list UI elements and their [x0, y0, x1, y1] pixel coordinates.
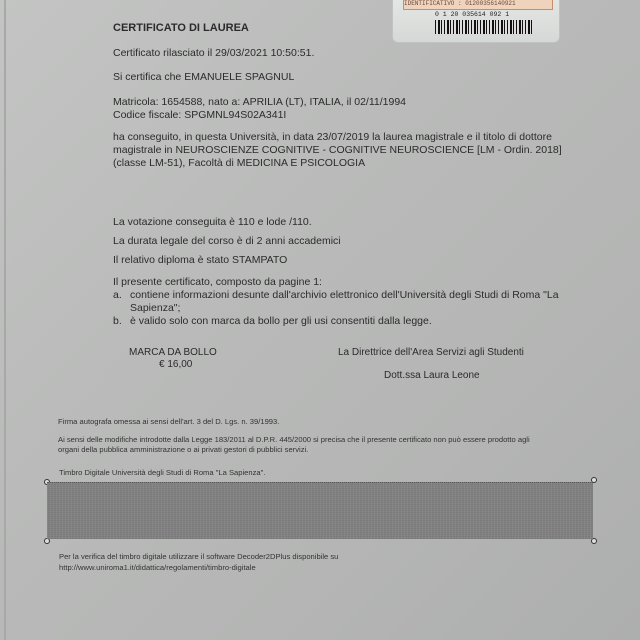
issue-date: Certificato rilasciato il 29/03/2021 10:…	[113, 47, 314, 59]
degree-line: ha conseguito, in questa Università, in …	[113, 131, 562, 144]
list-marker: b.	[113, 315, 130, 328]
marca-da-bollo-value: € 16,00	[159, 359, 192, 370]
list-text: Sapienza";	[130, 302, 559, 315]
matricola: Matricola: 1654588, nato a: APRILIA (LT)…	[113, 96, 406, 108]
pages-intro: Il presente certificato, composto da pag…	[113, 276, 322, 288]
digital-stamp-label: Timbro Digitale Università degli Studi d…	[59, 468, 265, 477]
conditions-list: a. contiene informazioni desunte dall'ar…	[113, 289, 559, 328]
codice-fiscale: Codice fiscale: SPGMNL94S02A341I	[113, 109, 286, 121]
marca-da-bollo-label: MARCA DA BOLLO	[129, 347, 217, 358]
verification-note: Per la verifica del timbro digitale util…	[59, 551, 338, 573]
law-note-line: organi della pubblica amministrazione o …	[58, 445, 530, 455]
digital-stamp-barcode	[47, 482, 593, 539]
list-item: a. contiene informazioni desunte dall'ar…	[113, 289, 559, 315]
list-text: contiene informazioni desunte dall'archi…	[130, 289, 559, 302]
certifies-statement: Si certifica che EMANUELE SPAGNUL	[113, 71, 294, 83]
revenue-stamp-sticker: IDENTIFICATIVO : 01200356140921 0 1 20 0…	[392, 0, 560, 43]
signatory-name: Dott.ssa Laura Leone	[384, 370, 480, 381]
signature-note: Firma autografa omessa ai sensi dell'art…	[58, 417, 279, 426]
document-title: CERTIFICATO DI LAUREA	[113, 22, 249, 34]
degree-line: magistrale in NEUROSCIENZE COGNITIVE - C…	[113, 144, 562, 157]
sticker-code: 0 1 20 035614 092 1	[435, 11, 509, 18]
law-note: Ai sensi delle modifiche introdotte dall…	[58, 435, 530, 455]
law-note-line: Ai sensi delle modifiche introdotte dall…	[58, 435, 530, 445]
list-text: è valido solo con marca da bollo per gli…	[130, 315, 432, 328]
signatory-role: La Direttrice dell'Area Servizi agli Stu…	[338, 347, 524, 358]
list-marker: a.	[113, 289, 130, 315]
list-item: b. è valido solo con marca da bollo per …	[113, 315, 559, 328]
degree-line: (classe LM-51), Facoltà di MEDICINA E PS…	[113, 157, 562, 170]
diploma-status: Il relativo diploma è stato STAMPATO	[113, 254, 287, 266]
sticker-identifier: IDENTIFICATIVO : 01200356140921	[403, 0, 553, 10]
grade: La votazione conseguita è 110 e lode /11…	[113, 216, 312, 228]
page-edge	[4, 0, 6, 640]
course-duration: La durata legale del corso è di 2 anni a…	[113, 235, 341, 247]
verification-link[interactable]: http://www.uniroma1.it/didattica/regolam…	[59, 562, 338, 573]
verification-line: Per la verifica del timbro digitale util…	[59, 551, 338, 562]
barcode-icon	[435, 20, 533, 34]
degree-statement: ha conseguito, in questa Università, in …	[113, 131, 562, 170]
